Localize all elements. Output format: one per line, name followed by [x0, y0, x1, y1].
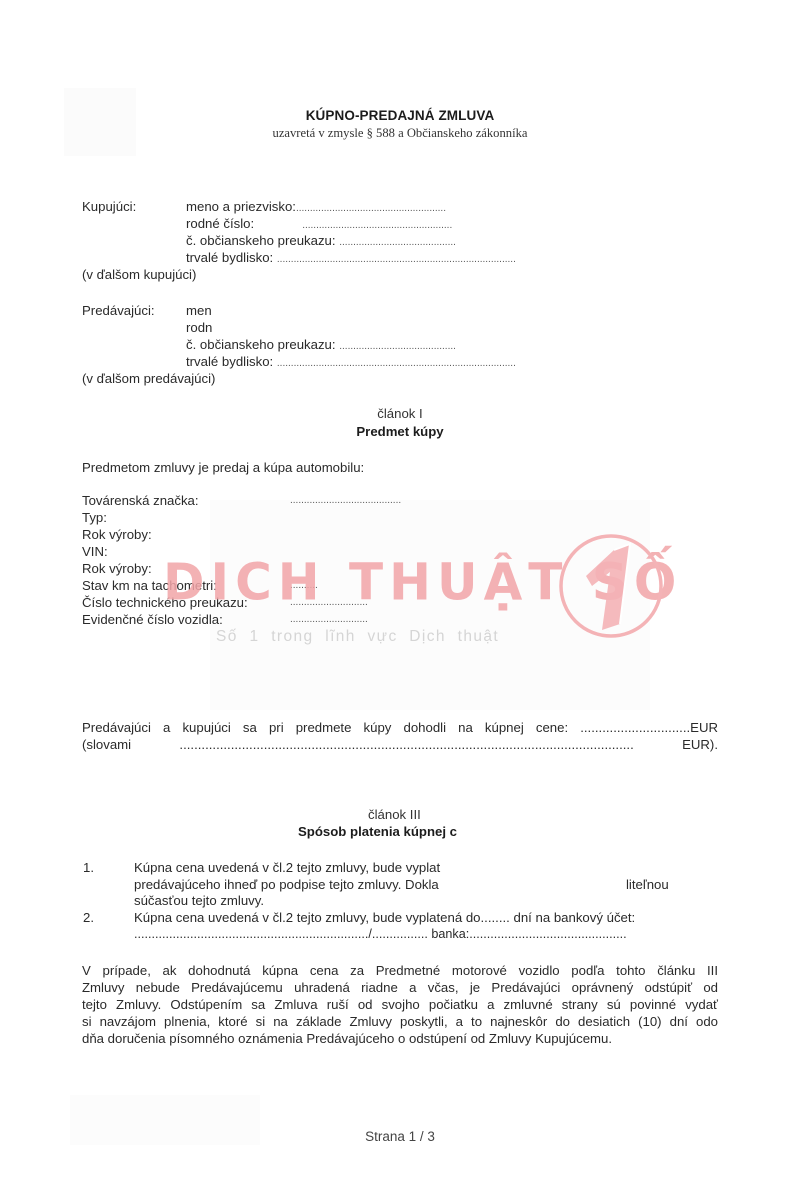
page-number: Strana 1 / 3 — [0, 1129, 800, 1144]
article-1-intro: Predmetom zmluvy je predaj a kúpa automo… — [82, 459, 364, 476]
vehicle-field-label: VIN: — [82, 543, 108, 560]
item-line: Kúpna cena uvedená v čl.2 tejto zmluvy, … — [134, 909, 635, 926]
item-line: Kúpna cena uvedená v čl.2 tejto zmluvy, … — [134, 859, 440, 876]
vehicle-field-value: ........................................ — [290, 492, 401, 509]
item-number: 1. — [83, 859, 94, 876]
item-line: súčasťou tejto zmluvy. — [134, 892, 264, 909]
seller-label: Predávajúci: — [82, 302, 155, 319]
paragraph-line: V prípade, ak dohodnutá kúpna cena za Pr… — [82, 962, 718, 979]
paragraph-line: dňa doručenia písomného oznámenia Predáv… — [82, 1030, 612, 1047]
buyer-address-field: trvalé bydlisko: .......................… — [186, 249, 516, 268]
paragraph-line: si navzájom plnenia, ktoré si na základe… — [82, 1013, 718, 1030]
item-line: ........................................… — [134, 926, 627, 943]
vehicle-field-label: Továrenská značka: — [82, 492, 199, 509]
vehicle-field-value: ............................ — [290, 611, 368, 628]
watermark-logo-icon — [556, 528, 666, 644]
article-3-heading: Spósob platenia kúpnej c — [298, 823, 457, 840]
document-title: KÚPNO-PREDAJNÁ ZMLUVA — [0, 108, 800, 123]
seller-note: (v ďalšom predávajúci) — [82, 370, 215, 387]
vehicle-field-label: Rok výroby: — [82, 526, 152, 543]
document-subtitle: uzavretá v zmysle § 588 a Občianskeho zá… — [0, 126, 800, 141]
paragraph-line: Zmluvy nebude Predávajúcemu uhradená ria… — [82, 979, 718, 996]
item-line-fragment: liteľnou — [626, 876, 669, 893]
price-words-line: (slovami ...............................… — [82, 736, 718, 753]
vehicle-field-label: Evidenčné číslo vozidla: — [82, 611, 223, 628]
buyer-label: Kupujúci: — [82, 198, 136, 215]
seller-birth-number-field: rodn — [186, 319, 212, 336]
price-line: Predávajúci a kupujúci sa pri predmete k… — [82, 719, 718, 736]
paragraph-line: tejto Zmluvy. Odstúpením sa Zmluva ruší … — [82, 996, 718, 1013]
item-number: 2. — [83, 909, 94, 926]
vehicle-field-label: Rok výroby: — [82, 560, 152, 577]
item-line: predávajúceho ihneď po podpise tejto zml… — [134, 876, 439, 893]
buyer-note: (v ďalšom kupujúci) — [82, 266, 196, 283]
vehicle-field-label: Typ: — [82, 509, 107, 526]
seller-address-field: trvalé bydlisko: .......................… — [186, 353, 516, 372]
article-1-number: článok I — [0, 405, 800, 422]
article-1-heading: Predmet kúpy — [0, 423, 800, 440]
article-3-number: článok III — [368, 806, 421, 823]
seller-name-field: men — [186, 302, 212, 319]
watermark-tagline: Số 1 trong lĩnh vực Dịch thuật — [216, 628, 499, 646]
